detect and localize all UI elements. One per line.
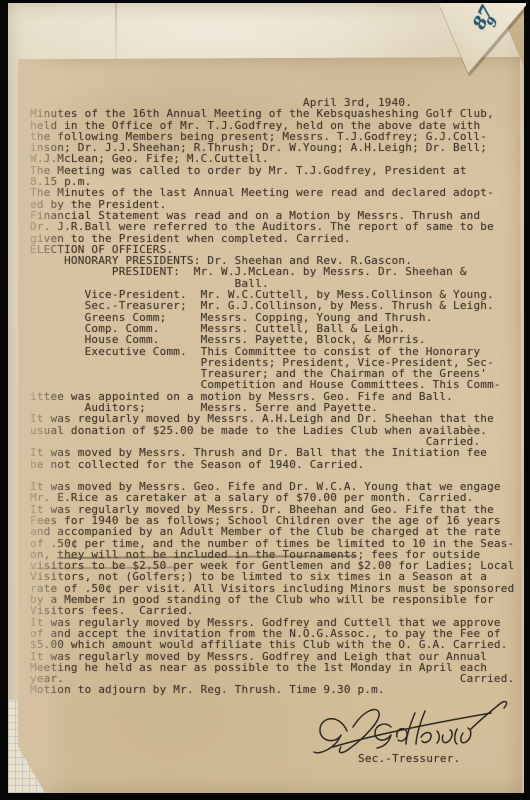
doc-line: It was regularly moved by Messrs. A.H.Le… — [30, 413, 516, 424]
scan-border — [0, 0, 8, 800]
doc-line: Motion to adjourn by Mr. Reg. Thrush. Ti… — [30, 684, 516, 695]
scan-border — [526, 0, 530, 800]
doc-line: The Meeting was called to order by Mr. T… — [30, 165, 516, 176]
signature-block: Sec.-Tressurer. — [313, 697, 513, 777]
doc-line: The Minutes of the last Annual Meeting w… — [30, 187, 516, 198]
doc-line: be not collected for the Season of 1940.… — [30, 459, 516, 470]
doc-lines: April 3rd, 1940.Minutes of the 16th Annu… — [30, 97, 516, 696]
typed-minutes-sheet: April 3rd, 1940.Minutes of the 16th Annu… — [18, 57, 522, 794]
paper-crease — [115, 3, 117, 61]
scan-border — [0, 0, 530, 3]
doc-line: Minutes of the 16th Annual Meeting of th… — [30, 108, 516, 119]
doc-line: $5.00 which amount would affiliate this … — [30, 639, 516, 650]
page-number: 87 9 — [473, 4, 503, 35]
signature-title: Sec.-Tressurer. — [358, 752, 460, 765]
doc-line: Sec.-Treasurer; Mr. G.J.Collinson, by Me… — [30, 300, 516, 311]
doc-line: House Comm. Messrs. Payette, Block, & Mo… — [30, 334, 516, 345]
doc-line: Mr. E.Rice as caretaker at a salary of $… — [30, 492, 516, 503]
doc-line: Visitors fees. Carried. — [30, 605, 516, 616]
scanned-minutes-page: April 3rd, 1940.Minutes of the 16th Annu… — [0, 0, 530, 800]
signature — [313, 697, 513, 755]
scan-border — [0, 793, 530, 800]
doc-line: Dr. J.R.Ball were referred to the Audito… — [30, 221, 516, 232]
doc-line: and accompanied by an Adult Member of th… — [30, 526, 516, 537]
doc-line: It was moved by Messrs. Thrush and Dr. B… — [30, 447, 516, 458]
